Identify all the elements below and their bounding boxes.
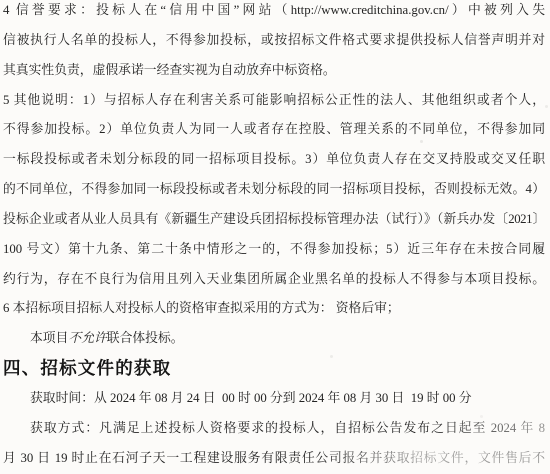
text-segment: 其真实性负责，虚假承诺一经查实视为自动放弃中标资格。: [3, 63, 336, 77]
other-notes-line-4: 的不同单位，不得参加同一标段投标或者未划分标段的同一招标项目投标，否则投标无效。…: [3, 175, 545, 205]
qualification-review-line: 6 本招标项目招标人对投标人的资格审查拟采用的方式为： 资格后审；: [3, 294, 545, 324]
other-notes-line-6: 100 号文）第十九条、第二十条中情形之一的，不得参加投标；5）近三年存在未按合…: [3, 235, 545, 265]
scan-noise-specks: [180, 95, 183, 98]
not-allowed-emphasis: 不允许: [68, 331, 106, 345]
text-segment: 本项目: [30, 331, 68, 345]
credit-china-url: http://www.creditchina.gov.cn/: [291, 3, 449, 17]
other-notes-line-2: 不得参加投标。2）单位负责人为同一人或者存在控股、管理关系的不同单位，不得参加同: [3, 115, 545, 145]
credit-req-line-3: 其真实性负责，虚假承诺一经查实视为自动放弃中标资格。: [3, 56, 545, 86]
text-segment: 100 号文）第十九条、第二十条中情形之一的，不得参加投标；5）近三年存在未按合…: [3, 242, 545, 256]
text-segment: 信被执行人名单的投标人，不得参加投标，或按招标文件格式要求提供投标人信誉声明并对: [3, 33, 545, 47]
text-segment: 一标段投标或者未划分标段的同一招标项目投标。3）单位负责人存在交叉持股或交叉任职: [3, 152, 545, 166]
text-segment: 投标企业或者从业人员具有《新疆生产建设兵团招标投标管理办法（试行）》（新兵办发〔…: [3, 212, 545, 226]
credit-req-line-1: 4 信誉要求：投标人在“信用中国”网站（http://www.creditchi…: [3, 0, 545, 26]
text-segment: 约行为，存在不良行为信用且列入天业集团所属企业黑名单的投标人不得参与本项目投标。: [3, 272, 545, 286]
credit-req-line-2: 信被执行人名单的投标人，不得参加投标，或按招标文件格式要求提供投标人信誉声明并对: [3, 26, 545, 56]
text-segment: 月 30 日 19 时止在石河子天一工程建设服务有限责任公司报名并获取招标文件，…: [3, 451, 545, 465]
text-segment: 获取方式：凡满足上述投标人资格要求的投标人，自招标公告发布之日起至 2024 年…: [30, 421, 545, 435]
scanned-document-page: 4 信誉要求：投标人在“信用中国”网站（http://www.creditchi…: [0, 0, 550, 474]
other-notes-line-7: 约行为，存在不良行为信用且列入天业集团所属企业黑名单的投标人不得参与本项目投标。: [3, 265, 545, 295]
text-segment: ）中被列入失: [449, 3, 545, 17]
other-notes-line-1: 5 其他说明：1）与招标人存在利害关系可能影响招标公正性的法人、其他组织或者个人…: [3, 86, 545, 116]
text-segment: 获取时间：从 2024 年 08 月 24 日 00 时 00 分到 2024 …: [30, 391, 472, 405]
text-segment: 的不同单位，不得参加同一标段投标或者未划分标段的同一招标项目投标，否则投标无效。…: [3, 182, 545, 196]
text-segment: 四、招标文件的获取: [3, 358, 171, 378]
acquisition-time-line: 获取时间：从 2024 年 08 月 24 日 00 时 00 分到 2024 …: [3, 384, 545, 414]
text-segment: 联合体投标。: [107, 331, 184, 345]
text-segment: 6 本招标项目招标人对投标人的资格审查拟采用的方式为： 资格后审；: [3, 301, 400, 315]
other-notes-line-3: 一标段投标或者未划分标段的同一招标项目投标。3）单位负责人存在交叉持股或交叉任职: [3, 145, 545, 175]
text-segment: 不得参加投标。2）单位负责人为同一人或者存在控股、管理关系的不同单位，不得参加同: [3, 122, 545, 136]
no-consortium-line: 本项目不允许联合体投标。: [3, 324, 545, 354]
other-notes-line-5: 投标企业或者从业人员具有《新疆生产建设兵团招标投标管理办法（试行）》（新兵办发〔…: [3, 205, 545, 235]
document-body: 4 信誉要求：投标人在“信用中国”网站（http://www.creditchi…: [3, 0, 545, 474]
acquisition-method-line-1: 获取方式：凡满足上述投标人资格要求的投标人，自招标公告发布之日起至 2024 年…: [3, 414, 545, 444]
acquisition-method-line-2: 月 30 日 19 时止在石河子天一工程建设服务有限责任公司报名并获取招标文件，…: [3, 444, 545, 474]
text-segment: 4 信誉要求：投标人在“信用中国”网站（: [3, 3, 291, 17]
text-segment: 5 其他说明：1）与招标人存在利害关系可能影响招标公正性的法人、其他组织或者个人…: [3, 93, 545, 107]
section-heading-document-acquisition: 四、招标文件的获取: [3, 354, 545, 384]
